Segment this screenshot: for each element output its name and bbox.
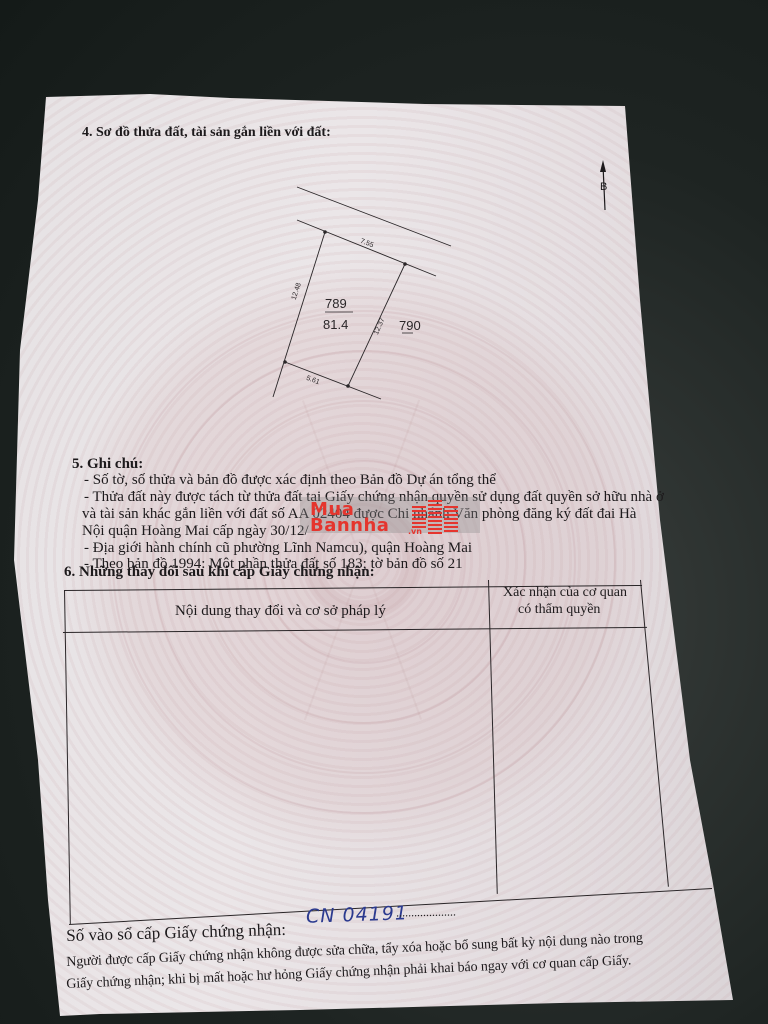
note-line: Nội quận Hoàng Mai cấp ngày 30/12/ <box>82 523 309 540</box>
parcel-number: 789 <box>325 296 347 311</box>
registry-dots: .................... <box>396 904 456 920</box>
watermark-logo-icon <box>444 506 458 534</box>
table-header-confirmation-line2: có thẩm quyền <box>518 602 600 618</box>
note-line: - Địa giới hành chính cũ phường Lĩnh Nam… <box>84 540 472 557</box>
watermark-text-line2: Bannha <box>310 518 389 533</box>
watermark-logo-icon <box>428 500 442 534</box>
note-line: - Số tờ, số thửa và bản đồ được xác định… <box>84 472 496 489</box>
registry-number: CN 04191 <box>306 902 409 928</box>
neighbor-parcel-number: 790 <box>399 318 421 333</box>
section5-title: 5. Ghi chú: <box>72 456 143 473</box>
table-header-content: Nội dung thay đổi và cơ sở pháp lý <box>175 603 386 620</box>
watermark-suffix: .vn <box>408 527 422 536</box>
north-label: B <box>600 181 607 193</box>
section6-title: 6. Những thay đổi sau khi cấp Giấy chứng… <box>64 564 375 581</box>
table-header-confirmation-line1: Xác nhận của cơ quan <box>503 585 627 601</box>
parcel-area: 81.4 <box>323 317 348 332</box>
watermark-logo-icon <box>412 506 426 528</box>
